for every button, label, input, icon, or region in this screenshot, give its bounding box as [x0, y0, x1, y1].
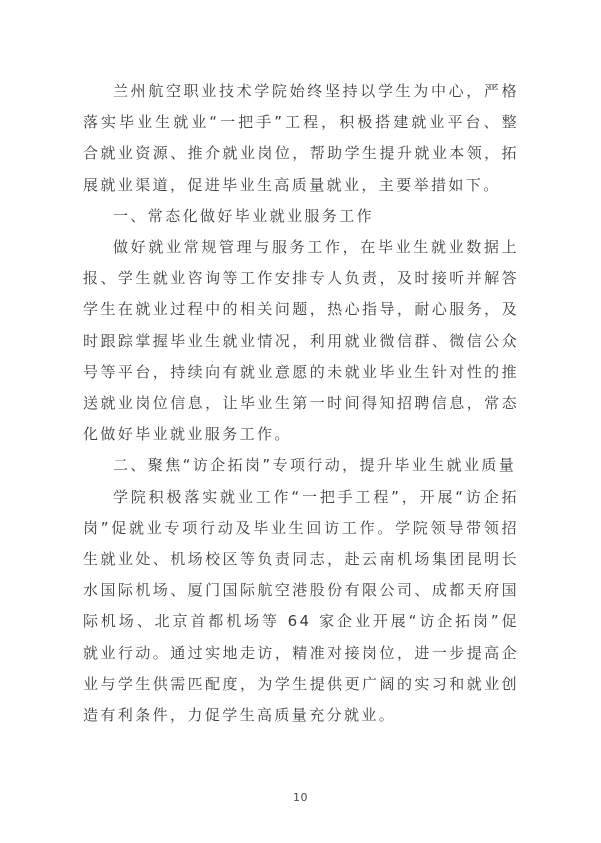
document-body: 兰州航空职业技术学院始终坚持以学生为中心，严格落实毕业生就业“一把手”工程，积极… — [83, 76, 519, 731]
paragraph-section-1-body: 做好就业常规管理与服务工作，在毕业生就业数据上报、学生就业咨询等工作安排专人负责… — [83, 232, 519, 450]
document-page: 兰州航空职业技术学院始终坚持以学生为中心，严格落实毕业生就业“一把手”工程，积极… — [0, 0, 601, 843]
section-heading-2: 二、聚焦“访企拓岗”专项行动，提升毕业生就业质量 — [83, 450, 519, 481]
paragraph-section-2-body: 学院积极落实就业工作“一把手工程”，开展“访企拓岗”促就业专项行动及毕业生回访工… — [83, 482, 519, 732]
page-number: 10 — [0, 791, 601, 805]
paragraph-intro: 兰州航空职业技术学院始终坚持以学生为中心，严格落实毕业生就业“一把手”工程，积极… — [83, 76, 519, 201]
section-heading-1: 一、常态化做好毕业就业服务工作 — [83, 201, 519, 232]
